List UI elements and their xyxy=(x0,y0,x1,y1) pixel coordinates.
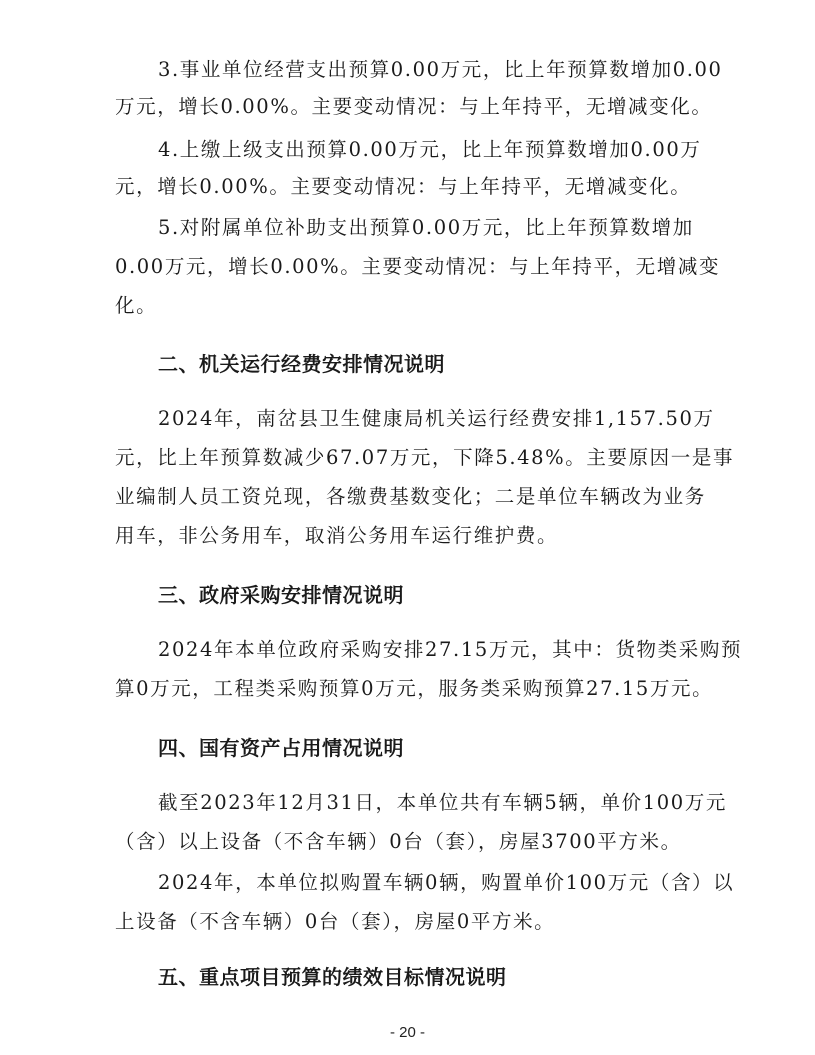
section-heading-state-assets: 四、国有资产占用情况说明 xyxy=(158,736,404,760)
operating-expenses-line-1: 2024年，南岔县卫生健康局机关运行经费安排1,157.50万 xyxy=(158,407,715,431)
state-assets-p2-line-1: 2024年，本单位拟购置车辆0辆，购置单价100万元（含）以 xyxy=(158,871,734,895)
item-5-line-1: 5.对附属单位补助支出预算0.00万元，比上年预算数增加 xyxy=(158,216,694,240)
section-heading-operating-expenses: 二、机关运行经费安排情况说明 xyxy=(158,352,445,376)
item-3-line-1: 3.事业单位经营支出预算0.00万元，比上年预算数增加0.00 xyxy=(158,58,723,82)
state-assets-p2-line-2: 上设备（不含车辆）0台（套），房屋0平方米。 xyxy=(115,910,555,934)
item-5-line-3: 化。 xyxy=(115,294,157,318)
page-number: - 20 - xyxy=(0,1024,815,1041)
operating-expenses-line-4: 用车，非公务用车，取消公务用车运行维护费。 xyxy=(115,524,558,548)
item-4-line-2: 元，增长0.00%。主要变动情况：与上年持平，无增减变化。 xyxy=(115,175,691,199)
operating-expenses-line-3: 业编制人员工资兑现，各缴费基数变化；二是单位车辆改为业务 xyxy=(115,485,706,509)
procurement-line-2: 算0万元，工程类采购预算0万元，服务类采购预算27.15万元。 xyxy=(115,677,713,701)
item-4-line-1: 4.上缴上级支出预算0.00万元，比上年预算数增加0.00万 xyxy=(158,138,701,162)
state-assets-p1-line-1: 截至2023年12月31日，本单位共有车辆5辆，单价100万元 xyxy=(158,791,727,815)
state-assets-p1-line-2: （含）以上设备（不含车辆）0台（套），房屋3700平方米。 xyxy=(115,830,682,854)
section-heading-performance-targets: 五、重点项目预算的绩效目标情况说明 xyxy=(158,965,507,989)
operating-expenses-line-2: 元，比上年预算数减少67.07万元，下降5.48%。主要原因一是事 xyxy=(115,446,734,470)
section-heading-government-procurement: 三、政府采购安排情况说明 xyxy=(158,583,404,607)
item-5-line-2: 0.00万元，增长0.00%。主要变动情况：与上年持平，无增减变 xyxy=(115,255,720,279)
procurement-line-1: 2024年本单位政府采购安排27.15万元，其中：货物类采购预 xyxy=(158,638,742,662)
document-page: 3.事业单位经营支出预算0.00万元，比上年预算数增加0.00 万元，增长0.0… xyxy=(0,0,815,1055)
item-3-line-2: 万元，增长0.00%。主要变动情况：与上年持平，无增减变化。 xyxy=(115,95,712,119)
